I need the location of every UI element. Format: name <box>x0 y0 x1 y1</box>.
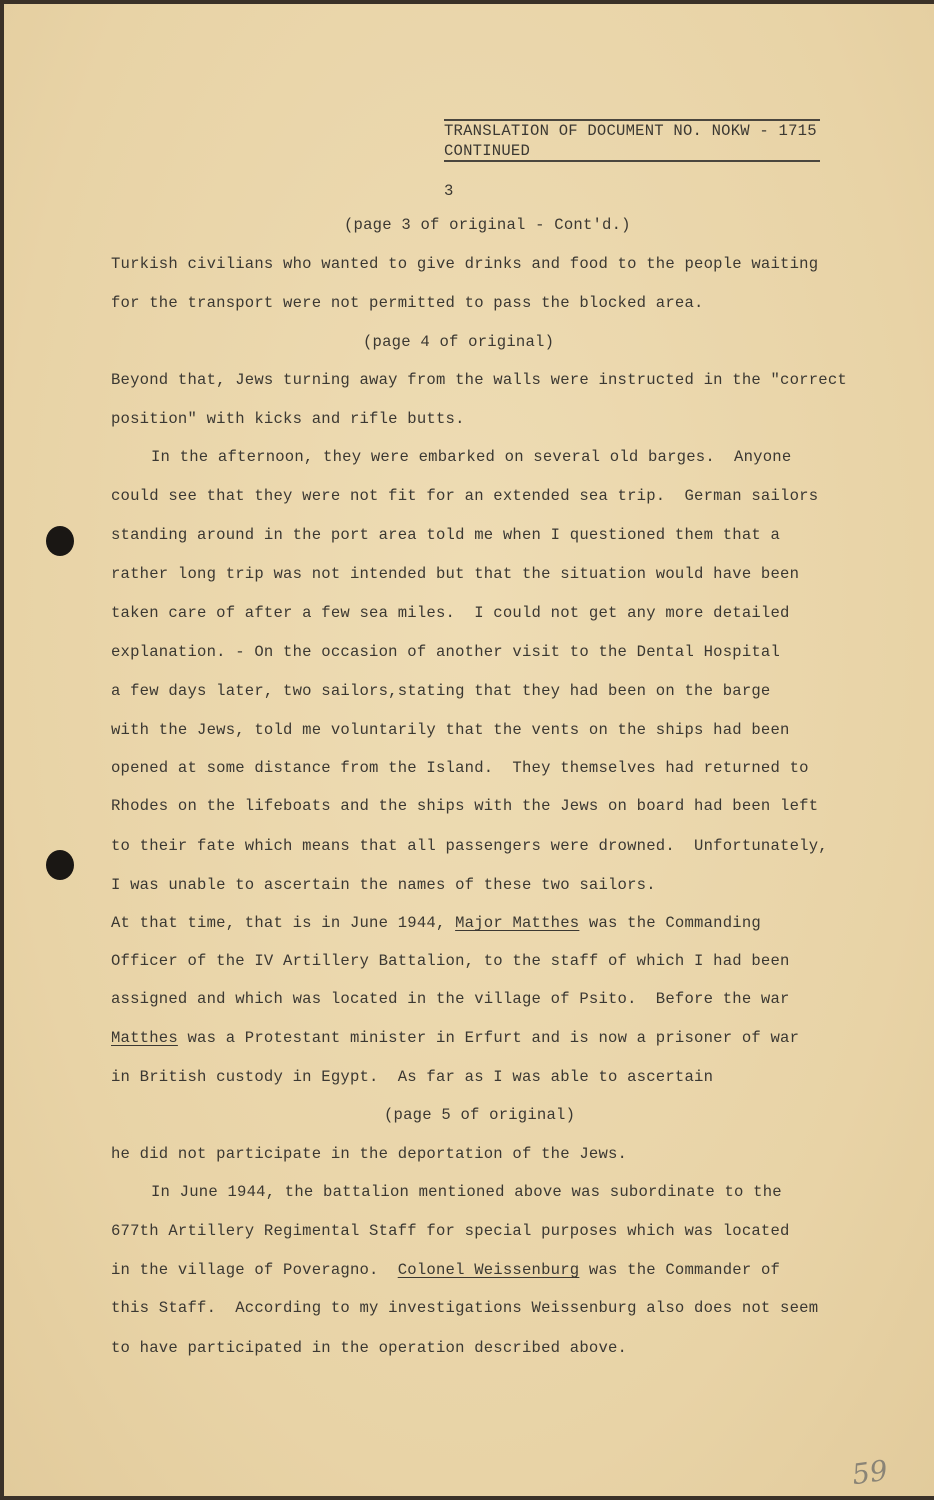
text-line: (page 5 of original) <box>384 1106 575 1124</box>
text-line: position" with kicks and rifle butts. <box>111 410 465 428</box>
text-line: 677th Artillery Regimental Staff for spe… <box>111 1222 790 1240</box>
underlined-name: Colonel Weissenburg <box>398 1261 580 1279</box>
text-line: taken care of after a few sea miles. I c… <box>111 604 790 622</box>
header-continued: CONTINUED <box>444 142 530 160</box>
header-title: TRANSLATION OF DOCUMENT NO. NOKW - 1715 <box>444 122 817 140</box>
text-line: In June 1944, the battalion mentioned ab… <box>151 1183 782 1201</box>
text-line: standing around in the port area told me… <box>111 526 780 544</box>
text-line: explanation. - On the occasion of anothe… <box>111 643 780 661</box>
header-rule-top <box>444 119 820 121</box>
text-line: to have participated in the operation de… <box>111 1339 627 1357</box>
text-line: in the village of Poveragno. Colonel Wei… <box>111 1261 780 1279</box>
text-line: (page 4 of original) <box>363 333 554 351</box>
text-line: At that time, that is in June 1944, Majo… <box>111 914 761 932</box>
text-line: Turkish civilians who wanted to give dri… <box>111 255 818 273</box>
text-line: In the afternoon, they were embarked on … <box>151 448 791 466</box>
text-line: rather long trip was not intended but th… <box>111 565 799 583</box>
page-number: 3 <box>444 182 454 200</box>
text-line: Beyond that, Jews turning away from the … <box>111 371 847 389</box>
text-line: to their fate which means that all passe… <box>111 837 828 855</box>
text-line: Rhodes on the lifeboats and the ships wi… <box>111 797 818 815</box>
text-line: in British custody in Egypt. As far as I… <box>111 1068 713 1086</box>
document-page: TRANSLATION OF DOCUMENT NO. NOKW - 1715 … <box>4 4 934 1496</box>
text-line: opened at some distance from the Island.… <box>111 759 809 777</box>
punch-hole-bottom <box>46 850 74 880</box>
text-line: assigned and which was located in the vi… <box>111 990 790 1008</box>
header-rule-bottom <box>444 160 820 162</box>
text-line: with the Jews, told me voluntarily that … <box>111 721 790 739</box>
punch-hole-top <box>46 526 74 556</box>
text-line: this Staff. According to my investigatio… <box>111 1299 818 1317</box>
handwritten-page-mark: 59 <box>850 1454 890 1492</box>
underlined-name: Matthes <box>111 1029 178 1047</box>
text-line: he did not participate in the deportatio… <box>111 1145 627 1163</box>
text-line: for the transport were not permitted to … <box>111 294 704 312</box>
underlined-name: Major Matthes <box>455 914 579 932</box>
text-line: (page 3 of original - Cont'd.) <box>344 216 631 234</box>
text-line: I was unable to ascertain the names of t… <box>111 876 656 894</box>
text-line: Officer of the IV Artillery Battalion, t… <box>111 952 790 970</box>
text-line: a few days later, two sailors,stating th… <box>111 682 771 700</box>
text-line: Matthes was a Protestant minister in Erf… <box>111 1029 799 1047</box>
text-line: could see that they were not fit for an … <box>111 487 818 505</box>
